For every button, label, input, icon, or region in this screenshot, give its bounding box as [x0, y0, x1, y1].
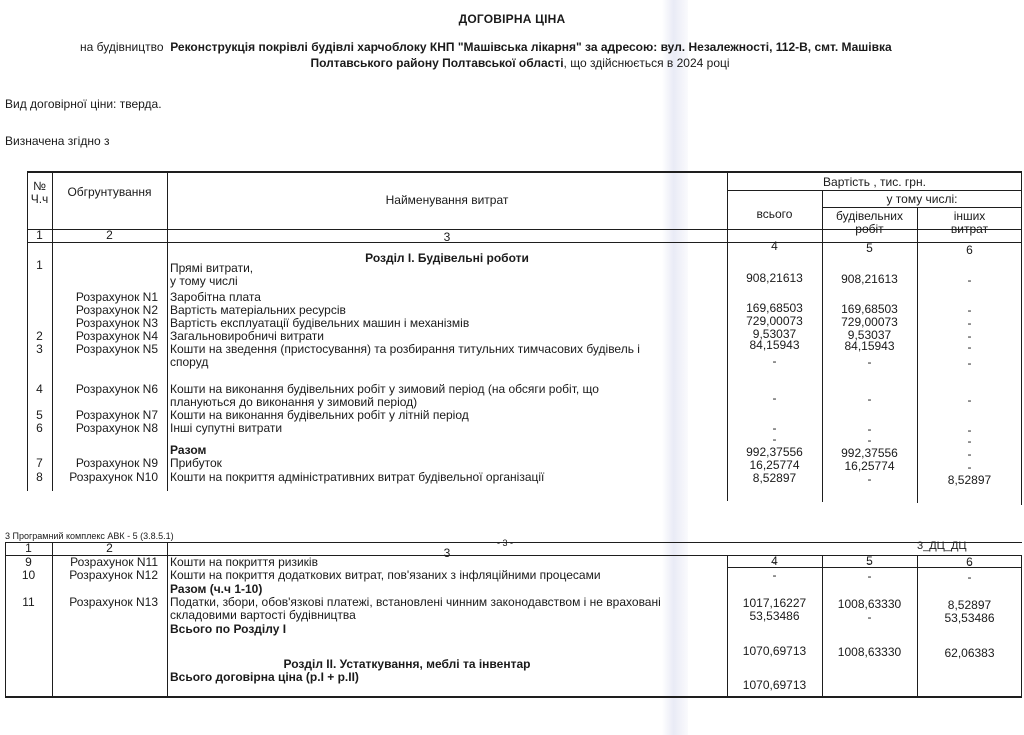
row-total: 908,21613	[727, 272, 822, 285]
row-number: 1	[27, 259, 52, 272]
row-construction: 908,21613	[822, 273, 917, 286]
col-number: 2	[52, 229, 167, 242]
grand-total-value: 1070,69713	[727, 679, 822, 692]
row-total: 1070,69713	[727, 645, 822, 658]
row-basis: Розрахунок N6	[52, 383, 158, 396]
row-total: 53,53486	[727, 610, 822, 623]
header-cost-group: Вартість , тис. грн.	[727, 176, 1022, 189]
header-other: інших витрат	[917, 210, 1022, 236]
row-total: -	[727, 355, 822, 368]
header-total: всього	[727, 208, 822, 221]
row-basis: Розрахунок N13	[52, 596, 158, 609]
header-divider	[822, 207, 1022, 208]
document-subtitle-line1: на будівництво Реконструкція покрівлі бу…	[80, 40, 892, 54]
col-number: 3	[167, 231, 727, 244]
header-construction: будівельних робіт	[822, 210, 917, 236]
row-name-cont: у тому числі	[170, 275, 238, 288]
col-number: 1	[27, 229, 52, 242]
row-number: 10	[5, 569, 52, 582]
row-total: 8,52897	[727, 472, 822, 485]
row-name: Кошти на зведення (пристосування) та роз…	[170, 343, 640, 356]
col-border	[167, 542, 168, 697]
row-other: -	[917, 357, 1022, 370]
col-number: 6	[917, 244, 1022, 257]
row-basis: Розрахунок N8	[52, 422, 158, 435]
table-bottom-border	[5, 696, 1022, 698]
row-number: 4	[27, 383, 52, 396]
header-name: Найменування витрат	[167, 194, 727, 207]
row-number: 7	[27, 457, 52, 470]
row-total: -	[727, 569, 822, 582]
row-other: 53,53486	[917, 612, 1022, 625]
header-incl: у тому числі:	[822, 193, 1022, 206]
row-basis: Розрахунок N12	[52, 569, 158, 582]
row-number: 3	[27, 343, 52, 356]
price-type: Вид договірної ціни: тверда.	[5, 97, 162, 111]
row-other: -	[917, 571, 1022, 584]
row-construction: -	[822, 393, 917, 406]
row-construction: -	[822, 570, 917, 583]
software-footer: 3 Програмний комплекс АВК - 5 (3.8.5.1)	[5, 531, 174, 541]
col-border	[27, 243, 28, 491]
row-construction: 1008,63330	[822, 646, 917, 659]
row-basis: Розрахунок N9	[52, 457, 158, 470]
row-name-cont: складовими вартості будівництва	[170, 609, 356, 622]
row-basis: Розрахунок N10	[52, 471, 158, 484]
header-num: № Ч.ч	[27, 180, 52, 206]
header-basis: Обгрунтування	[52, 186, 167, 199]
subtitle-prefix: на будівництво	[80, 40, 164, 54]
row-construction: -	[822, 356, 917, 369]
row-other: -	[917, 341, 1022, 354]
header-divider	[727, 190, 1022, 191]
col-number: 4	[727, 240, 822, 253]
row-total: 84,15943	[727, 339, 822, 352]
document-subtitle-line2: Полтавського району Полтавської області,…	[8, 56, 1024, 70]
row-name: Кошти на покриття адміністративних витра…	[170, 471, 544, 484]
col-border	[167, 171, 168, 491]
row-name: Всього по Розділу І	[170, 623, 286, 636]
row-name-cont: споруд	[170, 356, 208, 369]
col-number: 1	[5, 542, 52, 555]
row-other: 62,06383	[917, 647, 1022, 660]
row-construction: -	[822, 611, 917, 624]
page-fold-shadow	[662, 0, 688, 735]
row-other: -	[917, 394, 1022, 407]
subtitle-object: Реконструкція покрівлі будівлі харчоблок…	[170, 40, 892, 54]
row-construction: 84,15943	[822, 340, 917, 353]
row-construction: -	[822, 473, 917, 486]
row-name: Прибуток	[170, 457, 222, 470]
col-number: 2	[52, 542, 167, 555]
row-name: Кошти на покриття додаткових витрат, пов…	[170, 569, 601, 582]
row-other: 8,52897	[917, 474, 1022, 487]
subtitle-object-line2: Полтавського району Полтавської області	[310, 56, 563, 70]
row-number: 8	[27, 471, 52, 484]
document-title: ДОГОВІРНА ЦІНА	[0, 12, 1024, 26]
table-top-border	[27, 171, 1022, 173]
row-other: -	[917, 274, 1022, 287]
row-number: 11	[5, 596, 52, 609]
subtitle-suffix: , що здійснюється в 2024 році	[564, 56, 730, 70]
row-total: -	[727, 392, 822, 405]
row-basis: Розрахунок N5	[52, 343, 158, 356]
grand-total-label: Всього договірна ціна (р.І + р.ІІ)	[170, 671, 359, 684]
row-number: 6	[27, 422, 52, 435]
col-number: 5	[822, 242, 917, 255]
row-name: Інші супутні витрати	[170, 422, 282, 435]
determined-by: Визначена згідно з	[5, 134, 110, 148]
